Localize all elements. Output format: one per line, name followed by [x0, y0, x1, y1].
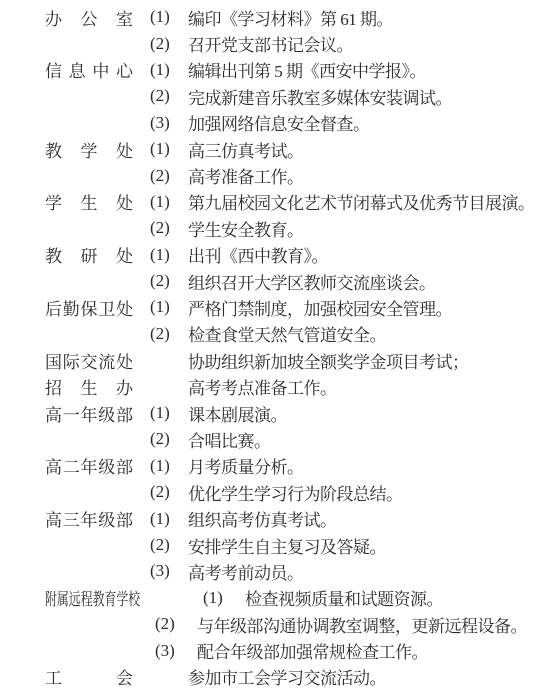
department-label: 办公室 — [45, 5, 133, 30]
task-text: 安排学生自主复习及答疑。 — [188, 533, 386, 558]
item-number: (1) — [150, 509, 188, 529]
schedule-row: 办公室 (1) 编印《学习材料》第 61 期。 — [45, 4, 554, 30]
item-number: (2) — [150, 34, 188, 54]
schedule-row: 附属远程教育学校 (1) 检查视频质量和试题资源。 — [45, 585, 554, 611]
item-number: (2) — [150, 324, 188, 344]
schedule-row: 高一年级部 (1) 课本剧展演。 — [45, 400, 554, 426]
task-text: 召开党支部书记会议。 — [188, 31, 353, 56]
weekly-schedule-document: 办公室 (1) 编印《学习材料》第 61 期。 (2) 召开党支部书记会议。 信… — [0, 0, 554, 690]
item-number: (1) — [150, 297, 188, 317]
task-text: 合唱比赛。 — [188, 427, 271, 452]
item-number: (3) — [150, 641, 197, 661]
item-number: (2) — [150, 614, 197, 634]
department-label: 教学处 — [45, 137, 133, 162]
schedule-row: 学生处 (1) 第九届校园文化艺术节闭幕式及优秀节目展演。 — [45, 189, 554, 215]
department-label: 国际交流处 — [45, 348, 133, 373]
item-number: (1) — [198, 588, 245, 608]
item-number: (1) — [150, 192, 188, 212]
task-text: 学生安全教育。 — [188, 216, 304, 241]
task-text: 课本剧展演。 — [188, 401, 287, 426]
department-label: 附属远程教育学校 — [45, 585, 140, 610]
task-text: 参加市工会学习交流活动。 — [188, 664, 386, 689]
department-label: 学生处 — [45, 189, 133, 214]
item-number: (1) — [150, 60, 188, 80]
schedule-row: (2) 召开党支部书记会议。 — [45, 30, 554, 56]
task-text: 组织高考仿真考试。 — [188, 506, 337, 531]
task-text: 出刊《西中教育》。 — [188, 242, 328, 267]
item-number: (1) — [150, 139, 188, 159]
department-label: 教研处 — [45, 242, 133, 267]
department-label: 高三年级部 — [45, 506, 133, 531]
schedule-row: 教学处 (1) 高三仿真考试。 — [45, 136, 554, 162]
item-number: (1) — [150, 456, 188, 476]
item-number: (2) — [150, 271, 188, 291]
item-number: (3) — [150, 561, 188, 581]
schedule-row: (3) 配合年级部加强常规检查工作。 — [45, 637, 554, 663]
task-text: 高三仿真考试。 — [188, 137, 304, 162]
department-label: 信息中心 — [45, 57, 133, 82]
schedule-row: (3) 加强网络信息安全督查。 — [45, 110, 554, 136]
department-label: 后勤保卫处 — [45, 295, 133, 320]
task-text: 优化学生学习行为阶段总结。 — [188, 480, 403, 505]
task-text: 检查视频质量和试题资源。 — [245, 585, 443, 610]
department-label: 招生办 — [45, 374, 133, 399]
task-text: 编辑出刊第 5 期《西安中学报》。 — [188, 57, 426, 82]
schedule-row: (2) 检查食堂天然气管道安全。 — [45, 321, 554, 347]
task-text: 组织召开大学区教师交流座谈会。 — [188, 269, 436, 294]
schedule-row: 后勤保卫处 (1) 严格门禁制度，加强校园安全管理。 — [45, 294, 554, 320]
item-number: (2) — [150, 535, 188, 555]
task-text: 第九届校园文化艺术节闭幕式及优秀节目展演。 — [188, 189, 535, 214]
schedule-row: (2) 高考准备工作。 — [45, 162, 554, 188]
schedule-row: 高二年级部 (1) 月考质量分析。 — [45, 453, 554, 479]
item-number: (3) — [150, 113, 188, 133]
schedule-row: (2) 完成新建音乐教室多媒体安装调试。 — [45, 83, 554, 109]
item-number: (2) — [150, 166, 188, 186]
schedule-row: (3) 高考考前动员。 — [45, 558, 554, 584]
task-text: 与年级部沟通协调教室调整，更新远程设备。 — [197, 612, 527, 637]
task-text: 配合年级部加强常规检查工作。 — [197, 638, 428, 663]
schedule-row: 信息中心 (1) 编辑出刊第 5 期《西安中学报》。 — [45, 57, 554, 83]
schedule-row: (2) 组织召开大学区教师交流座谈会。 — [45, 268, 554, 294]
schedule-row: (2) 与年级部沟通协调教室调整，更新远程设备。 — [45, 611, 554, 637]
task-text: 严格门禁制度，加强校园安全管理。 — [188, 295, 452, 320]
task-text: 月考质量分析。 — [188, 453, 304, 478]
item-number: (1) — [150, 245, 188, 265]
item-number: (2) — [150, 218, 188, 238]
task-text: 高考考点准备工作。 — [188, 374, 337, 399]
department-label: 高一年级部 — [45, 401, 133, 426]
schedule-row: 教研处 (1) 出刊《西中教育》。 — [45, 242, 554, 268]
schedule-row: 高三年级部 (1) 组织高考仿真考试。 — [45, 505, 554, 531]
department-label: 高二年级部 — [45, 453, 133, 478]
item-number: (2) — [150, 482, 188, 502]
task-text: 高考准备工作。 — [188, 163, 304, 188]
schedule-row: (2) 合唱比赛。 — [45, 426, 554, 452]
task-text: 加强网络信息安全督查。 — [188, 110, 370, 135]
item-number: (2) — [150, 429, 188, 449]
item-number: (2) — [150, 86, 188, 106]
schedule-row: 国际交流处 协助组织新加坡全额奖学金项目考试； — [45, 347, 554, 373]
task-text: 高考考前动员。 — [188, 559, 304, 584]
schedule-row: 招生办 高考考点准备工作。 — [45, 373, 554, 399]
task-text: 检查食堂天然气管道安全。 — [188, 321, 386, 346]
task-text: 编印《学习材料》第 61 期。 — [188, 5, 393, 30]
schedule-row: (2) 学生安全教育。 — [45, 215, 554, 241]
task-text: 完成新建音乐教室多媒体安装调试。 — [188, 84, 452, 109]
schedule-row: 工会 参加市工会学习交流活动。 — [45, 664, 554, 690]
task-text: 协助组织新加坡全额奖学金项目考试； — [188, 348, 469, 373]
item-number: (1) — [150, 7, 188, 27]
schedule-row: (2) 优化学生学习行为阶段总结。 — [45, 479, 554, 505]
schedule-row: (2) 安排学生自主复习及答疑。 — [45, 532, 554, 558]
department-label: 工会 — [45, 664, 133, 689]
item-number: (1) — [150, 403, 188, 423]
